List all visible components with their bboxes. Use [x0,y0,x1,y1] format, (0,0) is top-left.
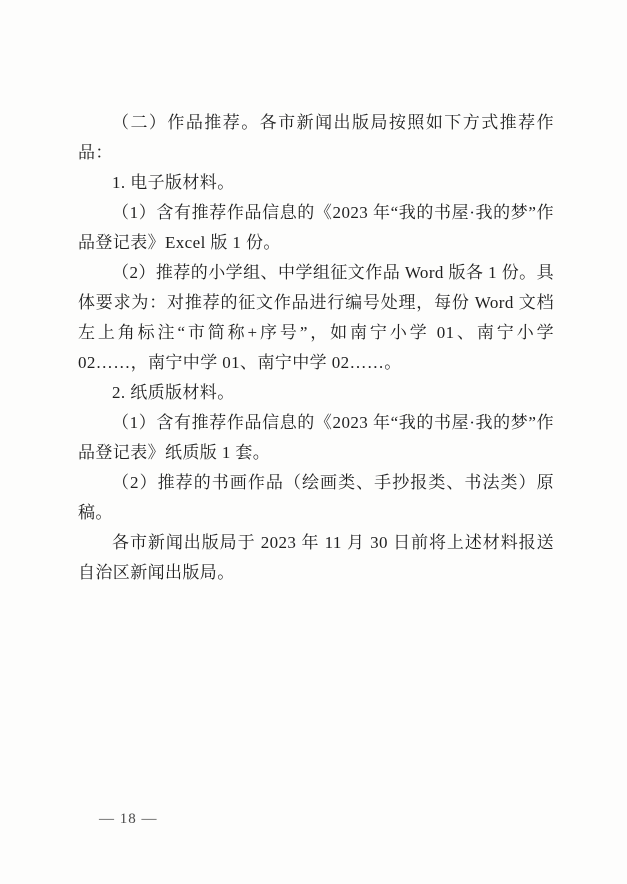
paragraph-submission-deadline: 各市新闻出版局于 2023 年 11 月 30 日前将上述材料报送自治区新闻出版… [78,528,554,588]
paragraph-electronic-item-1: （1）含有推荐作品信息的《2023 年“我的书屋·我的梦”作品登记表》Excel… [78,198,554,258]
paragraph-paper-item-2: （2）推荐的书画作品（绘画类、手抄报类、书法类）原稿。 [78,468,554,528]
paragraph-electronic-item-2: （2）推荐的小学组、中学组征文作品 Word 版各 1 份。具体要求为：对推荐的… [78,258,554,378]
paragraph-recommendation-heading: （二）作品推荐。各市新闻出版局按照如下方式推荐作品： [78,108,554,168]
page-number: — 18 — [99,809,158,829]
paragraph-electronic-materials-heading: 1. 电子版材料。 [78,168,554,198]
document-page: （二）作品推荐。各市新闻出版局按照如下方式推荐作品： 1. 电子版材料。 （1）… [0,0,627,884]
document-body: （二）作品推荐。各市新闻出版局按照如下方式推荐作品： 1. 电子版材料。 （1）… [78,108,554,588]
paragraph-paper-item-1: （1）含有推荐作品信息的《2023 年“我的书屋·我的梦”作品登记表》纸质版 1… [78,408,554,468]
paragraph-paper-materials-heading: 2. 纸质版材料。 [78,378,554,408]
